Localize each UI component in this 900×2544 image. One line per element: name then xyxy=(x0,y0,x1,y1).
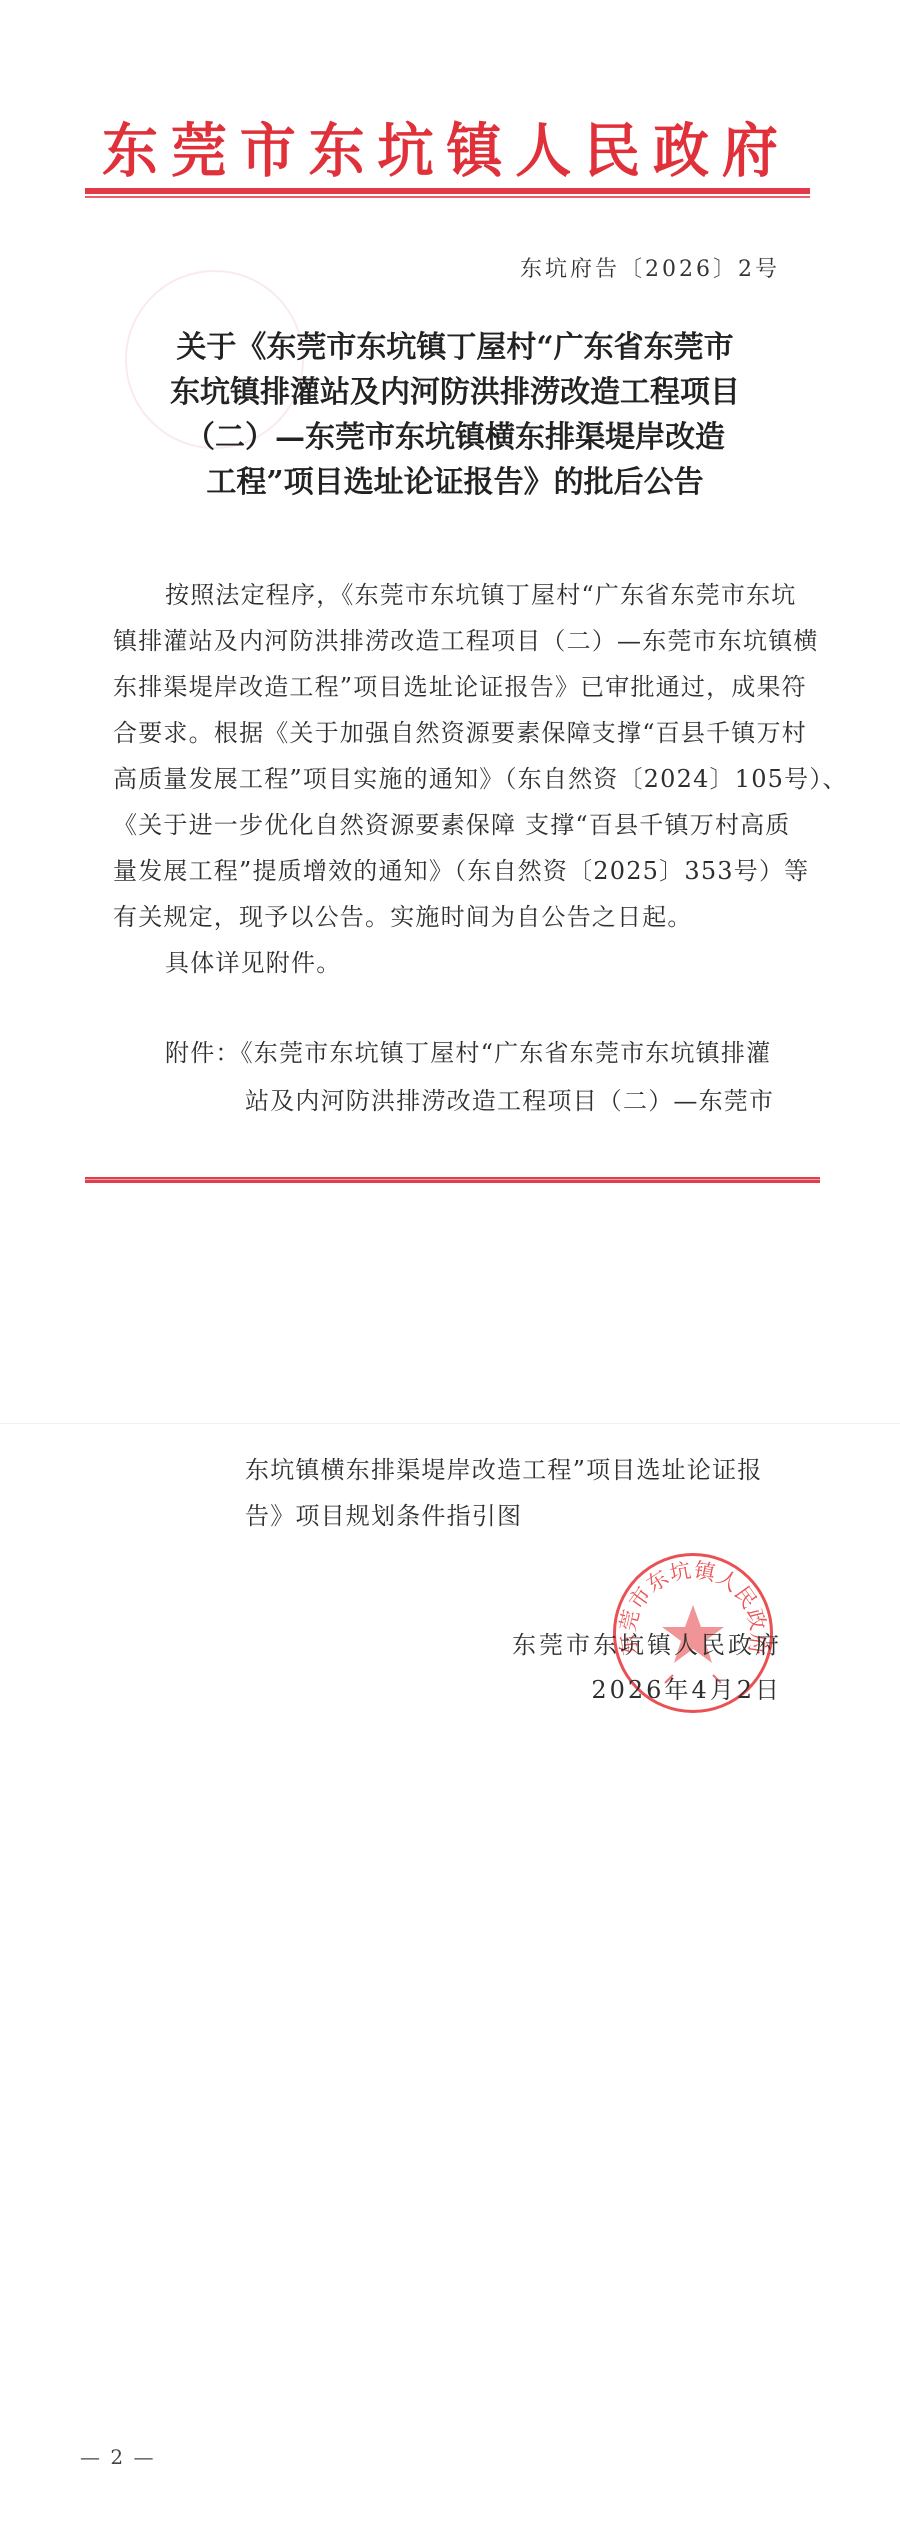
body-paragraph: 按照法定程序，《东莞市东坑镇丁屋村“广东省东莞市东坑 镇排灌站及内河防洪排涝改造… xyxy=(113,572,781,986)
signature-date: 2026年4月2日 xyxy=(591,1670,782,1705)
page-number: — 2 — xyxy=(80,2445,155,2469)
body-line: 按照法定程序，《东莞市东坑镇丁屋村“广东省东莞市东坑 xyxy=(113,572,781,618)
attachment-line: 东坑镇横东排渠堤岸改造工程”项目选址论证报 xyxy=(245,1447,762,1493)
page-divider-red-rule xyxy=(85,1177,820,1183)
letterhead-red-rule xyxy=(85,188,810,194)
letterhead-char: 府 xyxy=(720,118,780,183)
letterhead-char: 市 xyxy=(238,118,298,183)
letterhead-char: 东 xyxy=(100,118,160,183)
body-line: 有关规定，现予以公告。实施时间为自公告之日起。 xyxy=(113,894,781,940)
letterhead-red-rule-thin xyxy=(85,196,810,198)
document-title: 关于《东莞市东坑镇丁屋村“广东省东莞市 东坑镇排灌站及内河防洪排涝改造工程项目 … xyxy=(110,325,800,505)
attachment-line: 站及内河防洪排涝改造工程项目（二）—东莞市 xyxy=(245,1078,774,1124)
title-line: 工程”项目选址论证报告》的批后公告 xyxy=(110,460,800,505)
body-line: 合要求。根据《关于加强自然资源要素保障支撑“百县千镇万村 xyxy=(113,710,781,756)
signature-org: 东莞市东坑镇人民政府 xyxy=(512,1625,782,1660)
letterhead-char: 坑 xyxy=(376,118,436,183)
attachment-line: 附件：《东莞市东坑镇丁屋村“广东省东莞市东坑镇排灌 xyxy=(165,1030,771,1076)
title-line: （二）—东莞市东坑镇横东排渠堤岸改造 xyxy=(110,415,800,460)
body-line: 高质量发展工程”项目实施的通知》（东自然资〔2024〕105号）、 xyxy=(113,756,781,802)
letterhead-char: 镇 xyxy=(444,118,504,183)
letterhead-char: 民 xyxy=(582,118,642,183)
title-line: 关于《东莞市东坑镇丁屋村“广东省东莞市 xyxy=(110,325,800,370)
letterhead-char: 东 xyxy=(307,118,367,183)
letterhead-char: 人 xyxy=(513,118,573,183)
details-note: 具体详见附件。 xyxy=(113,940,781,986)
page-divider-highlight xyxy=(85,1179,820,1180)
letterhead-char: 政 xyxy=(651,118,711,183)
scan-edge-line xyxy=(0,1423,900,1424)
attachment-line: 告》项目规划条件指引图 xyxy=(245,1493,522,1539)
title-line: 东坑镇排灌站及内河防洪排涝改造工程项目 xyxy=(110,370,800,415)
body-line: 东排渠堤岸改造工程”项目选址论证报告》已审批通过，成果符 xyxy=(113,664,781,710)
document-number: 东坑府告〔2026〕2号 xyxy=(520,252,780,283)
body-line: 镇排灌站及内河防洪排涝改造工程项目（二）—东莞市东坑镇横 xyxy=(113,618,781,664)
body-line: 《关于进一步优化自然资源要素保障 支撑“百县千镇万村高质 xyxy=(113,802,781,848)
body-line: 量发展工程”提质增效的通知》（东自然资〔2025〕353号）等 xyxy=(113,848,781,894)
letterhead-org-name: 东 莞 市 东 坑 镇 人 民 政 府 xyxy=(100,120,780,182)
letterhead-char: 莞 xyxy=(169,118,229,183)
